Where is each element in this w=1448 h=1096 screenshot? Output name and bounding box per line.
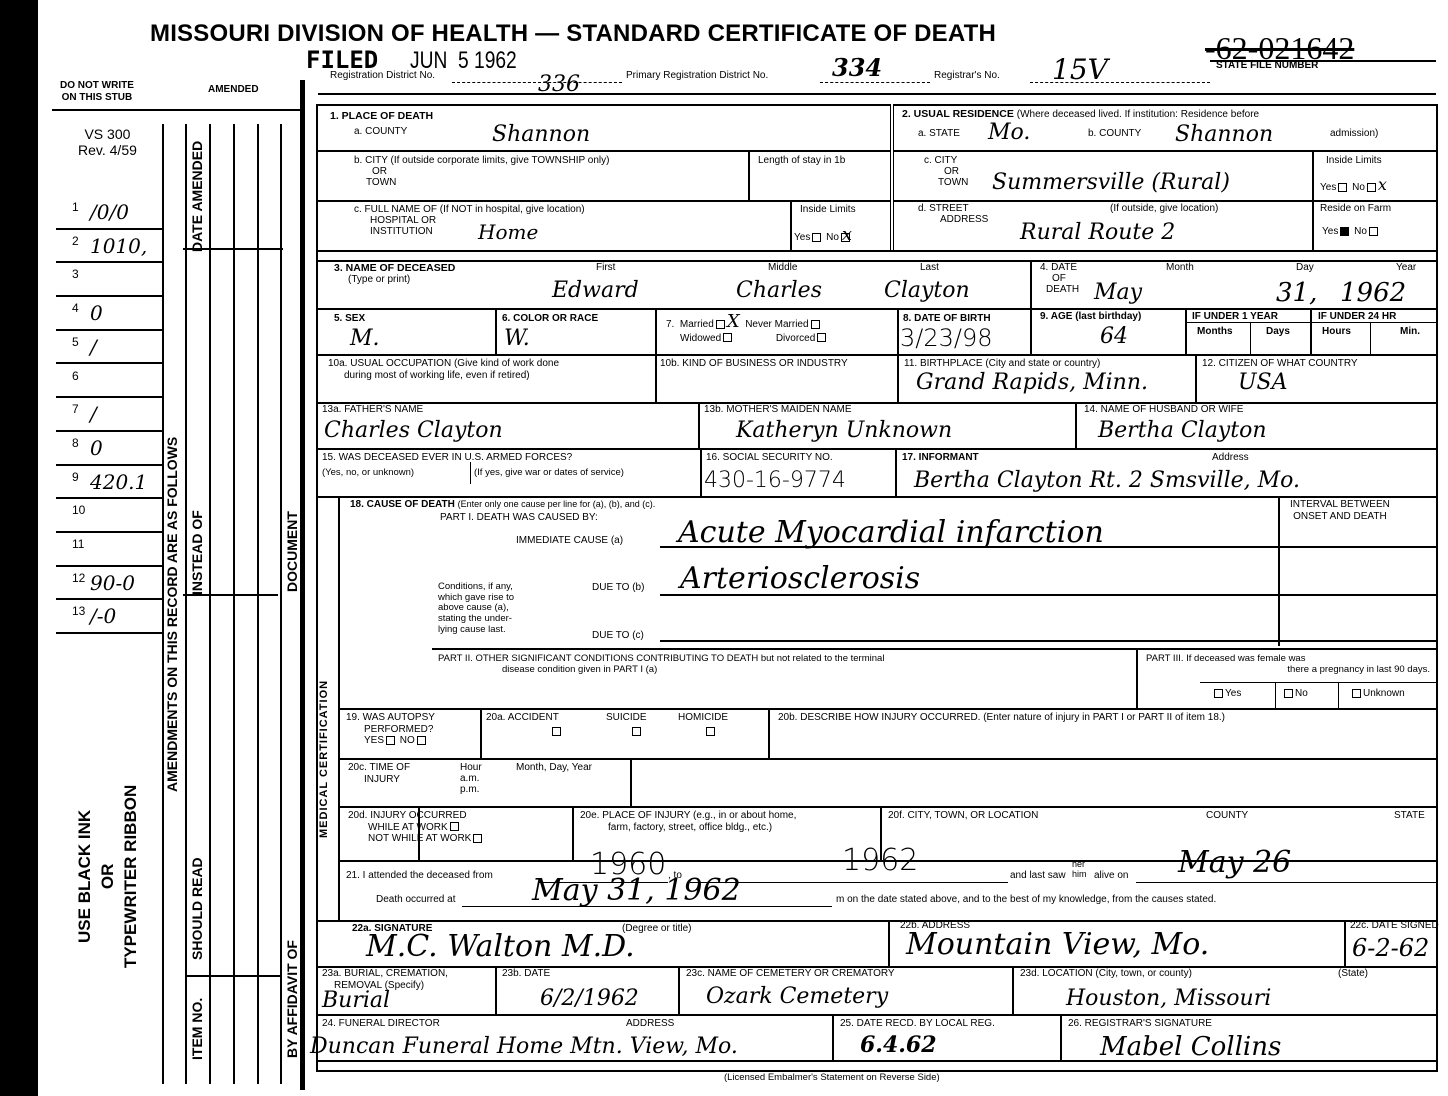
res-farm-label: Reside on Farm [1320,203,1391,215]
dob-value[interactable]: 3/23/98 [900,326,993,350]
informant-address-label: Address [1212,452,1249,464]
informant-value[interactable]: Bertha Clayton Rt. 2 Smsville, Mo. [914,470,1300,492]
widowed-checkbox[interactable] [723,333,732,342]
age-value[interactable]: 64 [1100,326,1128,348]
middle-name-value[interactable]: Charles [736,280,822,302]
document-title: MISSOURI DIVISION OF HEALTH — STANDARD C… [150,20,996,48]
sex-value[interactable]: M. [350,328,380,350]
dod-month-value[interactable]: May [1094,282,1142,304]
cause-label: 18. CAUSE OF DEATH (Enter only one cause… [350,499,655,511]
armed-forces-sub2: (If yes, give war or dates of service) [474,468,624,479]
spouse-value[interactable]: Bertha Clayton [1098,420,1267,442]
last-saw-label: and last saw [1010,870,1066,882]
stub-code-row: 1/0/0 [56,196,162,230]
age-label: 9. AGE (last birthday) [1040,311,1141,323]
injury-county-label: COUNTY [1206,810,1248,822]
date-signed-label: 22c. DATE SIGNED [1350,920,1439,932]
father-value[interactable]: Charles Clayton [324,420,503,442]
res-city-label: c. CITY [924,155,957,167]
pod-city-label: b. CITY (If outside corporate limits, gi… [354,155,609,167]
autopsy-yes-checkbox[interactable] [386,736,395,745]
min-label: Min. [1400,326,1420,338]
stub-code-number: 13 [72,604,85,618]
stub-code-value[interactable]: /0/0 [90,200,129,224]
time-hour-label: Hour a.m. p.m. [460,762,482,795]
pod-hospital-label: c. FULL NAME OF (If NOT in hospital, giv… [354,204,585,216]
place-of-death-label: 1. PLACE OF DEATH [330,110,433,122]
pod-county-value[interactable]: Shannon [492,124,590,146]
pod-hospital-l3: INSTITUTION [370,226,433,238]
days-label: Days [1266,326,1290,338]
primary-district-label: Primary Registration District No. [626,70,768,82]
embalmer-note: (Licensed Embalmer's Statement on Revers… [724,1073,940,1084]
homicide-checkbox[interactable] [706,727,715,736]
stub-code-number: 1 [72,200,79,214]
stub-code-number: 11 [72,537,84,551]
not-while-at-work-checkbox[interactable] [473,834,482,843]
registration-district-label: Registration District No. [330,70,435,82]
conditions-note: Conditions, if any,which gave rise toabo… [438,582,514,635]
date-signed-value[interactable]: 6-2-62 [1352,936,1429,960]
first-name-value[interactable]: Edward [552,280,639,302]
months-label: Months [1197,326,1233,338]
pod-inside-yes-checkbox[interactable] [812,233,821,242]
stub-code-value[interactable]: 420.1 [90,470,147,494]
burial-location-label: 23d. LOCATION (City, town, or county) [1020,968,1192,980]
stub-item-no: ITEM NO. [189,998,205,1060]
immediate-cause-value[interactable]: Acute Myocardial infarction [678,518,1104,548]
business-label: 10b. KIND OF BUSINESS OR INDUSTRY [660,358,848,370]
race-label: 6. COLOR OR RACE [502,313,598,325]
res-farm-no-checkbox[interactable] [1369,227,1378,236]
res-county-label: b. COUNTY [1088,128,1141,140]
physician-signature[interactable]: M.C. Walton M.D. [366,932,635,962]
part1-label: PART I. DEATH WAS CAUSED BY: [440,512,598,524]
immediate-cause-label: IMMEDIATE CAUSE (a) [516,535,623,547]
sex-label: 5. SEX [334,313,365,325]
stub-code-number: 2 [72,234,79,248]
funeral-director-label: 24. FUNERAL DIRECTOR [322,1018,440,1030]
res-farm-yes-checkbox[interactable] [1340,227,1349,236]
res-city-town: TOWN [938,177,968,189]
death-occurred-tail: m on the date stated above, and to the b… [836,894,1216,906]
homicide-label: HOMICIDE [678,712,728,724]
attended-line: 21. I attended the deceased from [346,870,493,882]
stub-code-number: 12 [72,571,85,585]
stub-code-row: 10 [56,499,162,533]
pod-inside-limits-label: Inside Limits [800,204,856,216]
res-street-note: (If outside, give location) [1110,203,1218,215]
pod-county-label: a. COUNTY [354,126,407,138]
autopsy-no-checkbox[interactable] [417,736,426,745]
dod-day-label: Day [1296,262,1314,274]
mother-label: 13b. MOTHER'S MAIDEN NAME [704,404,852,416]
suicide-label: SUICIDE [606,712,647,724]
spouse-label: 14. NAME OF HUSBAND OR WIFE [1084,404,1243,416]
registrar-no-label: Registrar's No. [934,70,1000,82]
middle-name-label: Middle [768,262,797,274]
res-street-value[interactable]: Rural Route 2 [1020,222,1175,244]
res-farm-options: Yes No [1322,226,1380,238]
stub-code-row: 5/ [56,331,162,365]
scan-dark-edge [0,0,38,1096]
stub-code-row: 80 [56,432,162,466]
res-county-value[interactable]: Shannon [1175,124,1273,146]
dod-day-value[interactable]: 31, [1276,280,1317,306]
death-occurred-label: Death occurred at [376,894,456,906]
armed-forces-label: 15. WAS DECEASED EVER IN U.S. ARMED FORC… [322,452,572,464]
date-recd-label: 25. DATE RECD. BY LOCAL REG. [840,1018,995,1030]
suicide-checkbox[interactable] [632,727,641,736]
dob-label: 8. DATE OF BIRTH [903,313,991,325]
occupation-label: 10a. USUAL OCCUPATION (Give kind of work… [328,358,559,381]
part2-label: PART II. OTHER SIGNIFICANT CONDITIONS CO… [438,654,884,676]
funeral-director-value[interactable]: Duncan Funeral Home Mtn. View, Mo. [310,1036,738,1058]
dod-month-label: Month [1166,262,1194,274]
dod-label: 4. DATE OF DEATH [1040,262,1079,295]
cemetery-label: 23c. NAME OF CEMETERY OR CREMATORY [686,968,895,980]
deceased-name-note: (Type or print) [348,274,410,286]
time-mdy-label: Month, Day, Year [516,762,592,774]
interval-label: INTERVAL BETWEEN ONSET AND DEATH [1290,499,1390,522]
physician-address-value[interactable]: Mountain View, Mo. [906,930,1209,960]
pod-inside-limits-options: Yes Nox [794,226,852,244]
usual-residence-label: 2. USUAL RESIDENCE (Where deceased lived… [902,108,1259,121]
res-inside-limits-label: Inside Limits [1326,155,1382,167]
last-seen-value[interactable]: May 26 [1178,848,1291,878]
stub-do-not-write: DO NOT WRITE ON THIS STUB [60,80,134,103]
res-city-value[interactable]: Summersville (Rural) [992,172,1230,194]
primary-district-value: 334 [832,56,882,80]
stub-date-amended: DATE AMENDED [189,141,205,252]
stub-amended-heading: AMENDED [208,84,259,96]
stub-code-row: 40 [56,297,162,331]
birthplace-value[interactable]: Grand Rapids, Minn. [916,372,1148,394]
stub-code-row: 7/ [56,398,162,432]
never-married-checkbox[interactable] [811,320,820,329]
due-b-label: DUE TO (b) [592,582,644,594]
stub-code-number: 6 [72,369,79,383]
injury-work-label: 20d. INJURY OCCURRED WHILE AT WORK NOT W… [348,810,484,845]
disposition-value[interactable]: Burial [322,990,390,1012]
pod-hospital-l2: HOSPITAL OR [370,215,436,227]
cemetery-value[interactable]: Ozark Cemetery [706,986,888,1008]
pod-length-of-stay-label: Length of stay in 1b [758,155,845,167]
res-state-value[interactable]: Mo. [988,122,1030,144]
hours-label: Hours [1322,326,1351,338]
stub-code-row: 6 [56,365,162,399]
ssn-label: 16. SOCIAL SECURITY NO. [706,452,833,464]
res-city-or: OR [944,166,959,178]
stub-code-number: 3 [72,267,79,281]
alive-on-label: alive on [1094,870,1128,882]
stub-document: DOCUMENT [284,511,300,592]
injury-city-label: 20f. CITY, TOWN, OR LOCATION [888,810,1038,822]
dod-year-value[interactable]: 1962 [1340,280,1406,306]
ssn-value[interactable]: 430-16-9774 [704,470,846,492]
due-c-label: DUE TO (c) [592,630,644,642]
father-label: 13a. FATHER'S NAME [322,404,423,416]
stub-code-value[interactable]: 0 [90,301,103,325]
first-name-label: First [596,262,615,274]
registrar-no-value: 15V [1052,56,1108,84]
stub-code-row: 13/-0 [56,600,162,634]
stub-code-row: 21010, [56,230,162,264]
dod-year-label: Year [1396,262,1416,274]
race-value[interactable]: W. [504,328,530,350]
last-name-label: Last [920,262,939,274]
citizen-value[interactable]: USA [1238,372,1288,394]
marital-status-options: 7. MarriedX Never Married Widowed Divorc… [666,313,828,345]
stub-code-number: 9 [72,470,79,484]
stub-instead-of: INSTEAD OF [189,510,205,595]
pregnancy-unknown-checkbox[interactable] [1352,689,1361,698]
stub-code-value[interactable]: 90-0 [90,571,135,595]
res-street-label: d. STREET [918,203,969,215]
under-1-year-label: IF UNDER 1 YEAR [1192,311,1278,323]
burial-state-label: (State) [1338,968,1368,980]
place-of-injury-label: 20e. PLACE OF INJURY (e.g., in or about … [580,810,796,833]
res-inside-no-checkbox[interactable] [1367,183,1376,192]
stub-code-number: 8 [72,436,79,450]
due-b-value[interactable]: Arteriosclerosis [680,564,920,594]
stub-amendments-label: AMENDMENTS ON THIS RECORD ARE AS FOLLOWS [164,437,180,792]
form-number: VS 300 Rev. 4/59 [78,126,137,158]
pregnancy-unknown: Unknown [1350,688,1405,700]
res-inside-limits-options: Yes Nox [1320,177,1387,194]
stub-should-read: SHOULD READ [189,857,205,960]
stub-code-row: 9420.1 [56,466,162,500]
her-him-label: her him [1072,860,1087,880]
divorced-checkbox[interactable] [817,333,826,342]
stub-code-row: 1290-0 [56,567,162,601]
time-of-injury-label: 20c. TIME OF INJURY [348,762,410,785]
stub-code-value[interactable]: 1010, [90,234,147,258]
while-at-work-checkbox[interactable] [450,822,459,831]
accident-label: 20a. ACCIDENT [486,712,559,724]
stub-code-number: 5 [72,335,79,349]
part3-label: PART III. If deceased was female was the… [1146,654,1430,676]
res-inside-yes-checkbox[interactable] [1338,183,1347,192]
stub-code-number: 10 [72,503,85,517]
stub-code-value[interactable]: / [90,335,97,359]
stub-by-affidavit: BY AFFIDAVIT OF [284,940,300,1058]
citizen-label: 12. CITIZEN OF WHAT COUNTRY [1202,358,1358,370]
stub-code-number: 7 [72,402,79,416]
attended-to-value[interactable]: 1962 [842,846,918,876]
burial-date-label: 23b. DATE [502,968,550,980]
pregnancy-yes: Yes [1212,688,1241,700]
burial-location-value[interactable]: Houston, Missouri [1066,988,1271,1010]
res-state-label: a. STATE [918,128,960,140]
pod-hospital-value[interactable]: Home [478,222,538,242]
registrar-signature-value[interactable]: Mabel Collins [1100,1034,1281,1060]
deceased-name-label: 3. NAME OF DECEASED [334,262,455,274]
stub-code-number: 4 [72,301,79,315]
informant-label: 17. INFORMANT [902,452,979,464]
stub-code-value[interactable]: 0 [90,436,103,460]
stub-code-row: 11 [56,533,162,567]
registrar-signature-label: 26. REGISTRAR'S SIGNATURE [1068,1018,1212,1030]
mother-value[interactable]: Katheryn Unknown [736,420,952,442]
stub-code-value[interactable]: /-0 [90,604,116,628]
stub-code-row: 3 [56,263,162,297]
last-name-value[interactable]: Clayton [884,280,970,302]
burial-date-value[interactable]: 6/2/1962 [540,988,639,1010]
injury-state-label: STATE [1394,810,1425,822]
res-admission-note: admission) [1330,128,1378,140]
medical-certification-label: MEDICAL CERTIFICATION [318,680,331,838]
married-checkbox[interactable] [716,320,725,329]
state-file-number-label: STATE FILE NUMBER [1216,60,1318,72]
funeral-address-label: ADDRESS [626,1018,674,1030]
pod-city-town: TOWN [366,177,396,189]
pregnancy-no: No [1282,688,1308,700]
pod-city-or: OR [372,166,387,178]
stub-code-value[interactable]: / [90,402,97,426]
pregnancy-yes-checkbox[interactable] [1214,689,1223,698]
pregnancy-no-checkbox[interactable] [1284,689,1293,698]
stub-ink-instruction: USE BLACK INK OR TYPEWRITER RIBBON [74,785,143,968]
death-occurred-value[interactable]: May 31, 1962 [532,876,741,906]
under-24-hr-label: IF UNDER 24 HR [1318,311,1396,323]
autopsy-label: 19. WAS AUTOPSY PERFORMED? YES NO [346,712,435,747]
accident-checkbox[interactable] [552,727,561,736]
describe-injury-label: 20b. DESCRIBE HOW INJURY OCCURRED. (Ente… [778,712,1225,724]
date-recd-value[interactable]: 6.4.62 [860,1034,937,1056]
res-street-l2: ADDRESS [940,214,988,226]
birthplace-label: 11. BIRTHPLACE (City and state or countr… [904,358,1100,370]
armed-forces-sub1: (Yes, no, or unknown) [322,468,414,479]
